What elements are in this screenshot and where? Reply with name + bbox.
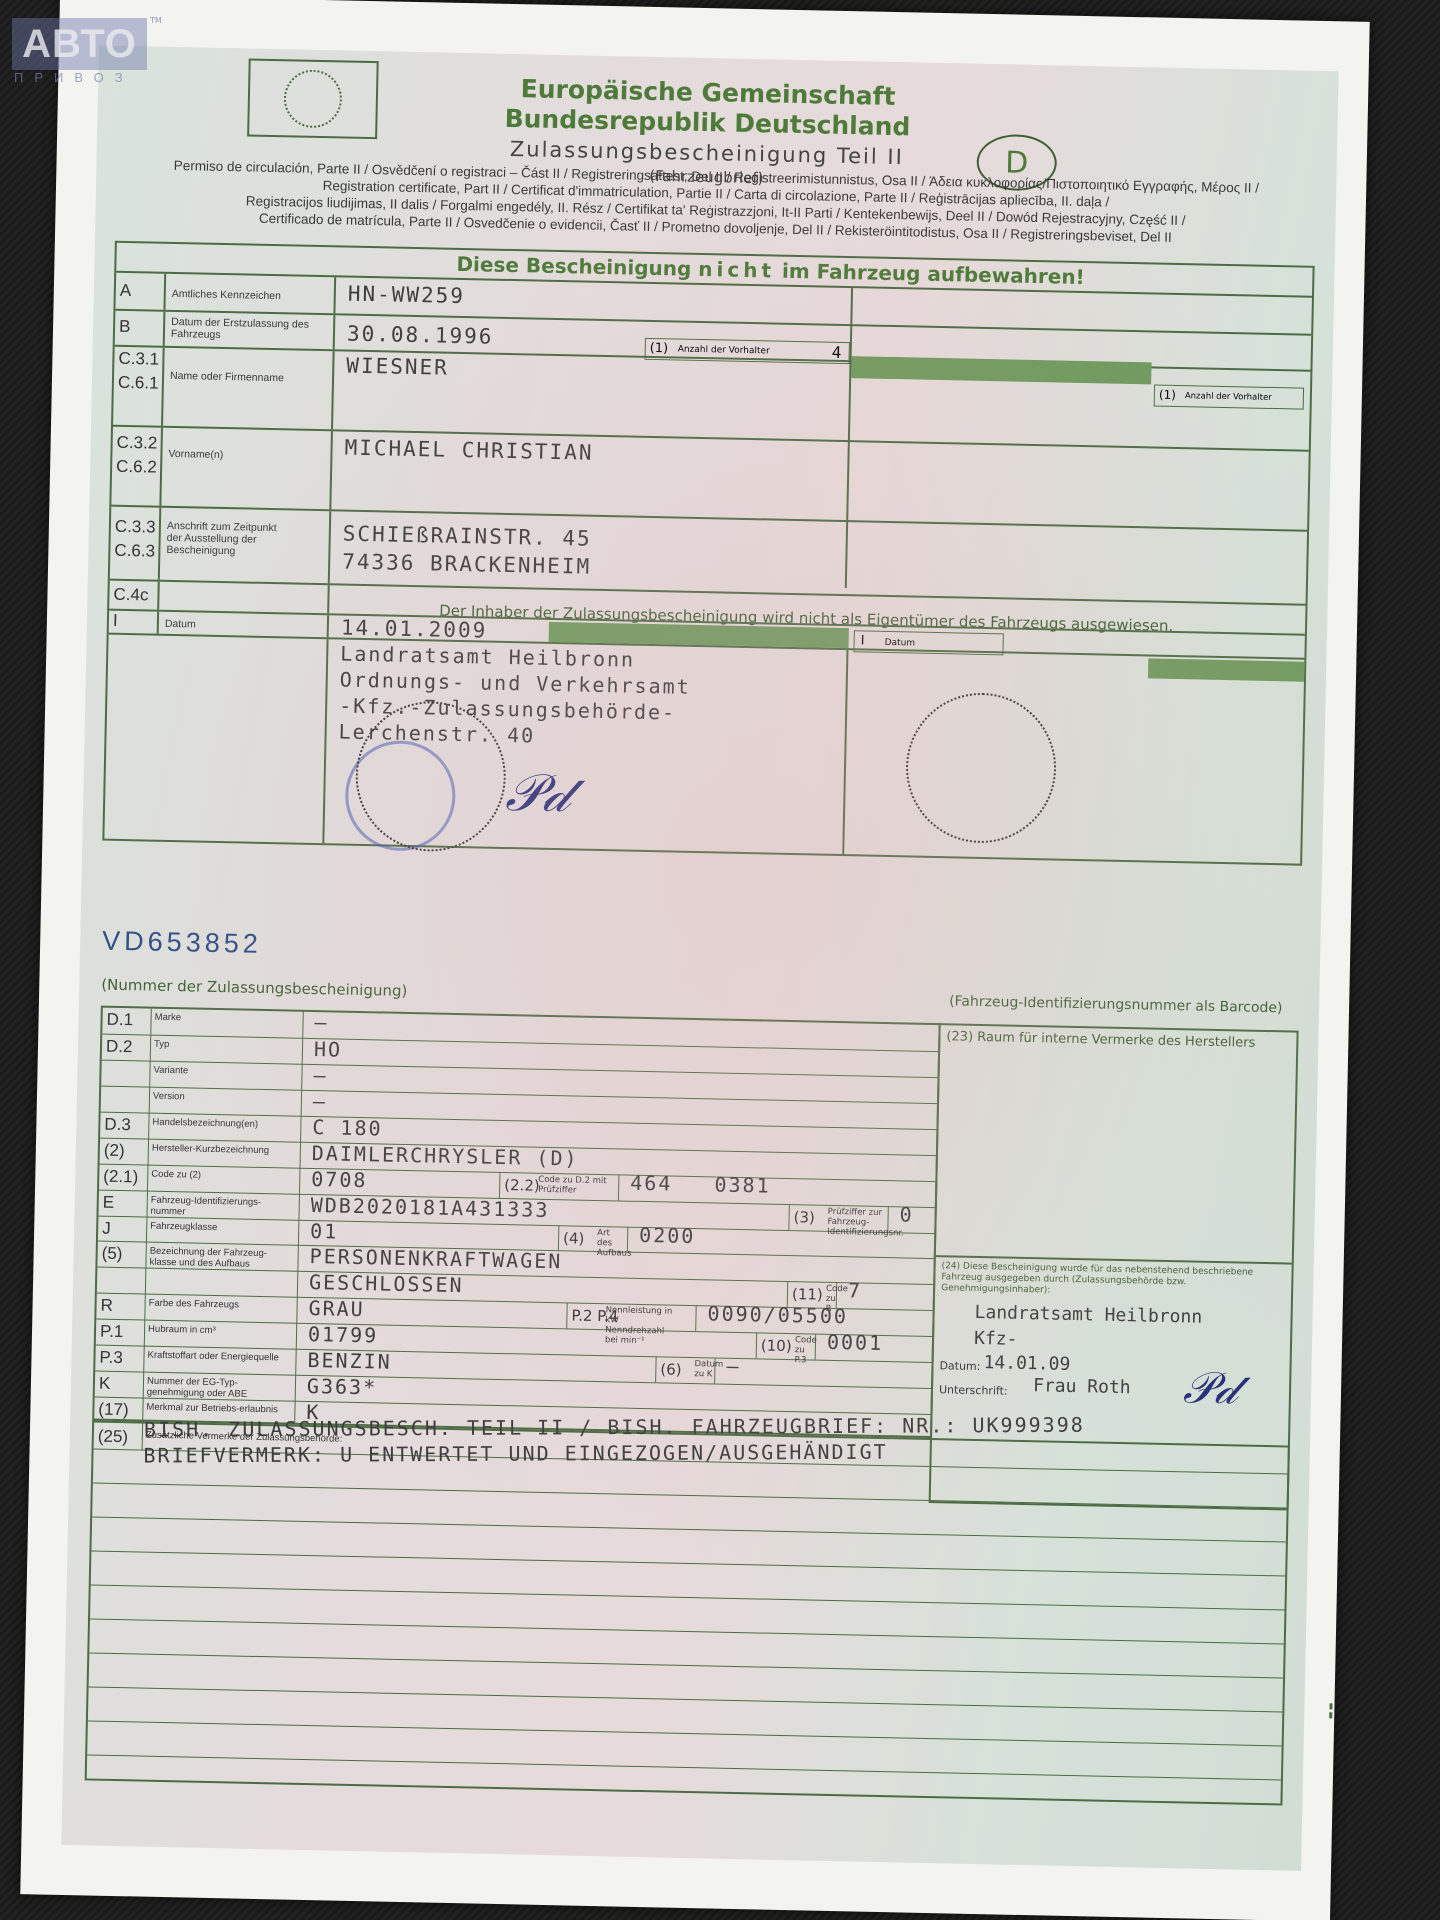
right-date-field: I Datum [853,630,1003,655]
field-label: Anzahl der Vorhalter [678,345,770,357]
warning-pre: Diese Bescheinigung [456,252,698,281]
field-value: – [313,1063,328,1087]
field-label: Variante [153,1065,293,1079]
barcode-caption: (Fahrzeug-Identifizierungsnummer als Bar… [949,993,1283,1016]
issuer-authority: Landratsamt Heilbronn [974,1302,1202,1328]
field-code: K [99,1374,111,1394]
field-label [149,1272,289,1275]
field-label: Prüfziffer zur Fahrzeug-Identifizierungs… [827,1206,888,1237]
eu-flag-icon [247,58,379,139]
authority-row: Landratsamt Heilbronn Ordnungs- und Verk… [104,633,1304,864]
field-label: Version [153,1090,293,1104]
field-value: HO [314,1037,343,1062]
field-value: 01799 [308,1322,379,1347]
field-label: Fahrzeugklasse [150,1220,290,1234]
subfield-f10: (10)Code zu P.30001 [756,1333,817,1360]
field-value: 0 [899,1202,914,1226]
warning-post: im Fahrzeug aufbewahren! [775,259,1085,289]
field-code: P.3 [99,1348,123,1368]
registration-certificate-paper: Europäische Gemeinschaft Bundesrepublik … [20,0,1370,1920]
subfield-f3: (3)Prüfziffer zur Fahrzeug-Identifizieru… [788,1204,889,1232]
given-names-value: MICHAEL CHRISTIAN [344,436,593,465]
field-value: BENZIN [307,1348,392,1374]
field-code: I [113,611,118,631]
remark-line-1: BISH. ZULASSUNGSBESCH. TEIL II / BISH. F… [144,1413,1085,1442]
signature-label: Unterschrift: [939,1383,1008,1397]
field-label: Merkmal zur Betriebs-erlaubnis [146,1402,286,1416]
certificate-number-caption: (Nummer der Zulassungsbescheinigung) [101,976,407,1000]
field-label: Hersteller-Kurzbezeichnung [152,1142,292,1156]
field-code: C.3.1 [118,349,159,370]
field-code: (25) [98,1427,129,1448]
field-value: 7 [848,1279,863,1303]
field-code: (2) [104,1140,125,1160]
field-code: (17) [98,1400,129,1421]
field-code: C.3.2 [116,433,157,454]
field-code: (4) [563,1229,585,1247]
signature-name: Frau Roth [1033,1375,1131,1398]
field-label: Marke [155,1012,295,1026]
signature-mark: 𝒫𝒹 [505,763,570,825]
field-label: Datum der Erstzulassung des Fahrzeugs [171,316,331,343]
field-code: J [102,1218,111,1238]
field-code: R [100,1296,113,1316]
field-code: B [119,317,131,337]
date-label: Datum: [939,1359,980,1373]
issuer-date: 14.01.09 [983,1352,1070,1375]
box23-title: (23) Raum für interne Vermerke des Herst… [946,1029,1255,1050]
field-code: (2.2) [504,1176,540,1195]
stamp-area-circle-right [904,691,1057,844]
field-code: D.1 [106,1010,133,1031]
surname-value: WIESNER [346,354,449,380]
field-label: Code zu D.2 mit Prüfziffer [538,1174,608,1195]
field-code: (11) [792,1285,823,1304]
field-label: Name oder Firmenname [170,370,284,384]
subfield-f4: (4)Art des Aufbaus0200 [558,1225,629,1252]
certificate-number: VD653852 [102,926,262,960]
field-code: C.6.1 [118,373,159,394]
field-label: Vorname(n) [168,448,223,461]
field-label: Code zu P.3 [794,1335,815,1365]
field-label: Art des Aufbaus [597,1228,628,1259]
holder-table: Diese Bescheinigung nicht im Fahrzeug au… [102,241,1314,866]
vehicle-table: D.1Marke–D.2TypHOVariante–Version–D.3Han… [92,1006,941,1439]
subfield-fP2: P.2 P.4Nennleistung in kW Nenndrehzahl b… [566,1303,697,1332]
printer-mark: ▮▮ [1326,1701,1335,1719]
field-value: PERSONENKRAFTWAGEN [309,1244,562,1273]
right-prev-holders-field: (1) Anzahl der Vorhalter [1154,384,1304,409]
field-code: C.6.2 [116,457,157,478]
manufacturer-notes-box: (23) Raum für interne Vermerke des Herst… [929,1023,1299,1510]
field-label: Amtliches Kennzeichen [172,288,281,302]
address-city-value: 74336 BRACKENHEIM [342,550,591,579]
field-value: 0001 [827,1330,884,1355]
signature-mark: 𝒫𝒹 [1183,1362,1238,1414]
field-label: Datum zu K [694,1359,714,1379]
remark-line-2: BRIEFVERMERK: U ENTWERTET UND EINGEZOGEN… [143,1440,887,1468]
field-code: I [861,633,865,648]
field-label: Datum [885,638,916,649]
field-label: Nennleistung in kW Nenndrehzahl bei min⁻… [605,1306,676,1347]
field-value: DAIMLERCHRYSLER (D) [312,1141,579,1171]
issuer-authority-line2: Kfz- [974,1328,1018,1350]
field-code: C.6.3 [114,541,155,562]
watermark-subtitle: ПРИВОЗ [14,70,134,85]
field-label: Datum [165,618,196,631]
field-value: GRAU [308,1296,365,1321]
field-value: GESCHLOSSEN [309,1270,464,1297]
remarks-section: (25) Zusätzliche Vermerke der Zulassungs… [85,1420,1290,1805]
field-label: Handelsbezeichnung(en) [152,1116,292,1130]
field-label: Fahrzeug-Identifizierungs-nummer [150,1194,290,1219]
field-label: Anzahl der Vorhalter [1185,391,1272,403]
field-code: (1) [650,341,669,356]
watermark-tm: TM [150,16,162,25]
field-code: (2.1) [103,1166,138,1187]
field-value: – [313,1089,328,1113]
field-label: Nummer der EG-Typ-genehmigung oder ABE [147,1376,287,1401]
field-label: Kraftstoffart oder Energiequelle [147,1350,287,1364]
field-value: C 180 [312,1115,383,1140]
field-label: Code zu (2) [151,1168,291,1182]
field-value: 0708 [311,1167,368,1192]
field-code: (1) [1159,388,1176,402]
field-code: A [120,281,132,301]
field-value: 01 [310,1219,339,1244]
field-value: 0090/05500 [707,1302,848,1329]
field-code: E [103,1192,115,1212]
multilanguage-titles: Permiso de circulación, Parte II / Osvěd… [115,156,1316,249]
eu-stars-icon [283,69,342,128]
field-value: 0200 [639,1222,696,1247]
green-bar [1148,658,1304,681]
watermark-logo: АВТО [12,18,147,70]
license-plate-value: HN-WW259 [348,282,466,308]
field-label: Anschrift zum Zeitpunkt der Ausstellung … [166,520,287,559]
field-label: Bezeichnung der Fahrzeug-klasse und des … [149,1246,289,1271]
field-label: Hubraum in cm³ [148,1324,288,1338]
subfield-f22: (2.2)Code zu D.2 mit Prüfziffer464 0381 [499,1172,620,1200]
field-code: D.3 [104,1114,131,1135]
field-value: G363* [307,1374,378,1399]
field-value: 464 0381 [630,1170,771,1197]
field-code: (3) [793,1208,815,1226]
field-code: (6) [660,1361,682,1379]
field-value: – [726,1354,741,1378]
first-registration-value: 30.08.1996 [347,322,494,349]
field-value: – [314,1010,329,1034]
certificate-sheet: Europäische Gemeinschaft Bundesrepublik … [61,45,1338,1871]
field-code: D.2 [106,1037,133,1058]
field-code: C.3.3 [115,517,156,538]
field-label: Farbe des Fahrzeugs [149,1298,289,1312]
field-label: Typ [154,1039,294,1053]
field-code: (10) [761,1337,792,1356]
field-code: P.1 [100,1322,124,1342]
subfield-f6: (6)Datum zu K– [655,1356,716,1383]
field-code: (5) [101,1244,122,1264]
address-street-value: SCHIEßRAINSTR. 45 [343,522,592,551]
warning-emphasis: nicht [698,257,775,283]
box24-caption: (24) Diese Bescheinigung wurde für das n… [941,1261,1282,1301]
field-code: C.4c [113,585,148,606]
